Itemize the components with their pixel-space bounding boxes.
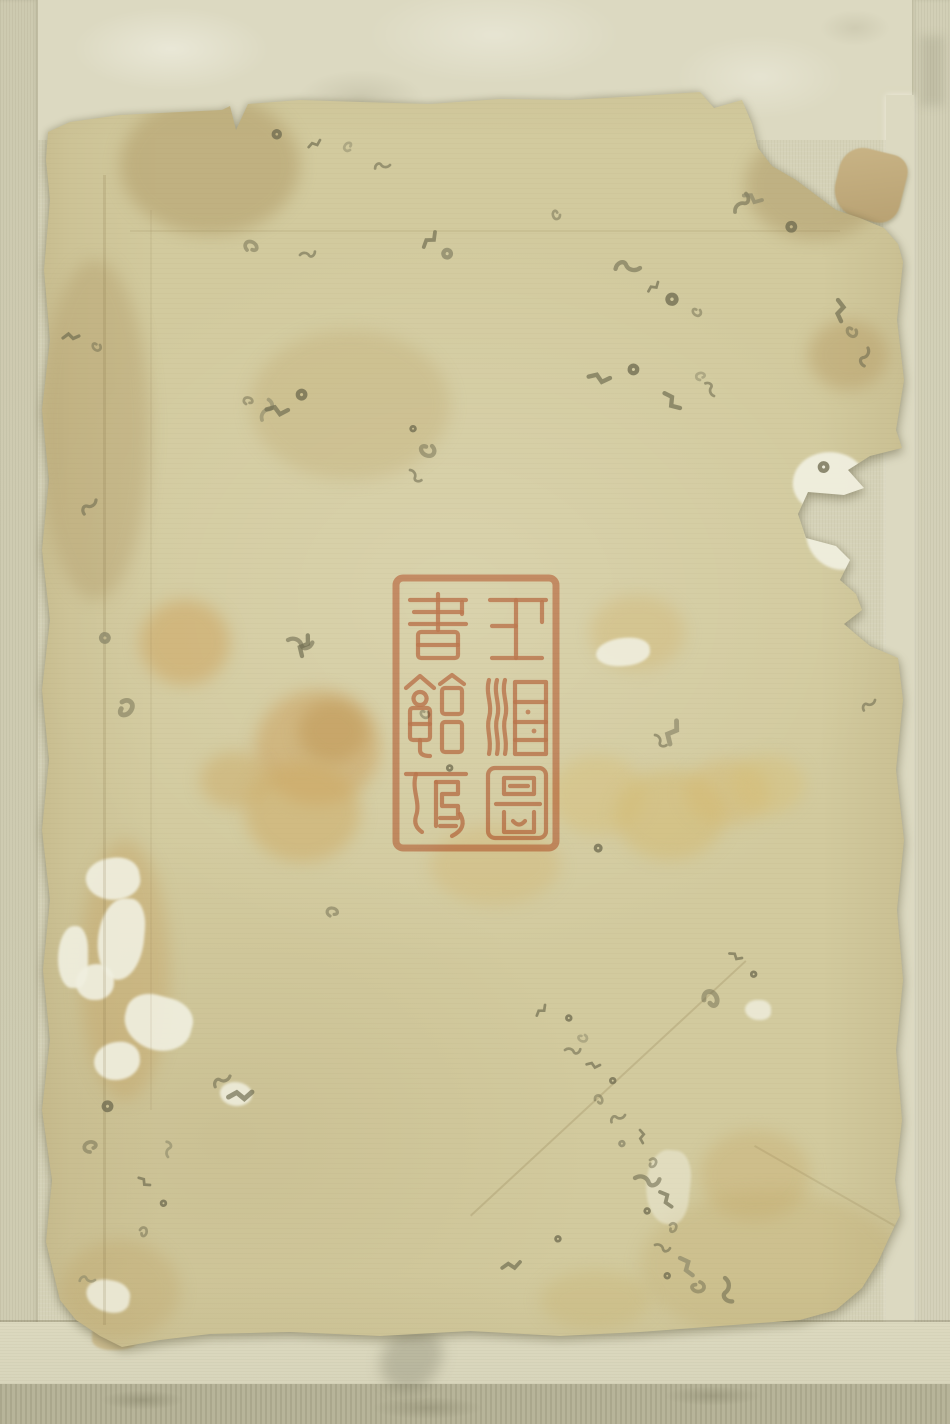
worm-trail: [555, 1236, 561, 1242]
worm-trail: [140, 1227, 148, 1236]
worm-trail: [619, 1140, 626, 1147]
worm-trail: [288, 630, 313, 652]
worm-trail: [729, 949, 742, 962]
library-seal: 上海圖書館藏: [392, 574, 560, 852]
seal-border: [396, 578, 556, 848]
worm-trail: [705, 382, 714, 396]
stain: [140, 600, 230, 685]
crease-line: [150, 210, 152, 1110]
worm-trail: [502, 1256, 520, 1273]
worm-trail: [862, 700, 877, 710]
worm-trail: [309, 138, 320, 149]
paper-loss-patch: [802, 492, 881, 573]
worm-trail: [535, 1005, 546, 1016]
worm-trail: [139, 1175, 150, 1187]
worm-trail: [565, 1043, 580, 1055]
worm-trail: [566, 1015, 572, 1021]
worm-trail: [589, 367, 610, 388]
paper-shadow-wrap: 上海圖書館藏: [0, 0, 950, 1424]
worm-trail: [578, 1035, 586, 1041]
stain: [540, 1270, 650, 1330]
stain: [250, 330, 450, 480]
worm-trail: [648, 282, 658, 291]
worm-trail: [751, 972, 756, 977]
crease-line: [130, 230, 840, 232]
seal-char-guan: [406, 675, 464, 756]
worm-trail: [161, 1142, 173, 1157]
worm-trail: [327, 907, 338, 916]
seal-char-shu: [410, 594, 466, 658]
crease-line: [103, 175, 106, 1325]
seal-char-cang: [406, 774, 466, 836]
paper-loss-patch: [220, 1082, 252, 1106]
worm-trail: [443, 249, 452, 258]
worm-trail: [665, 392, 680, 409]
stain: [730, 755, 805, 815]
paper-loss-patch: [745, 1000, 771, 1020]
seal-char-shang: [490, 600, 546, 658]
paper-loss-patch: [58, 926, 88, 988]
worm-trail: [294, 635, 315, 656]
worm-trail: [611, 1115, 625, 1122]
worm-trail: [635, 1130, 648, 1143]
worm-trail: [655, 733, 666, 748]
seal-char-tu: [488, 768, 546, 838]
worm-trail: [661, 721, 685, 744]
stain: [298, 700, 368, 762]
worm-trail: [594, 844, 602, 852]
stain: [745, 130, 885, 240]
worm-trail: [829, 300, 850, 321]
worm-trail: [695, 371, 706, 381]
worm-trail: [667, 294, 677, 304]
worm-trail: [615, 258, 640, 278]
stain: [120, 95, 300, 235]
paper-cover: 上海圖書館藏: [0, 0, 950, 1424]
worm-trail: [300, 248, 315, 258]
stain: [40, 260, 150, 600]
worm-trail: [692, 308, 702, 317]
seal-char-hai: [488, 680, 546, 754]
worm-trail: [160, 1200, 167, 1207]
scanned-book-cover: 上海圖書館藏: [0, 0, 950, 1424]
stain: [245, 762, 360, 862]
worm-trail: [587, 1058, 600, 1071]
paper-loss-patch: [789, 447, 871, 519]
worm-trail: [421, 232, 437, 247]
stain: [808, 320, 888, 390]
worm-trail: [375, 161, 390, 171]
worm-trail: [551, 210, 561, 221]
seal-graphic: 上海圖書館藏: [392, 574, 560, 852]
worm-trail: [118, 699, 134, 717]
worm-trail: [244, 241, 257, 252]
worm-trail: [343, 142, 352, 152]
worm-trail: [629, 365, 639, 375]
worm-trail: [83, 1139, 98, 1153]
worm-trail: [410, 468, 421, 483]
